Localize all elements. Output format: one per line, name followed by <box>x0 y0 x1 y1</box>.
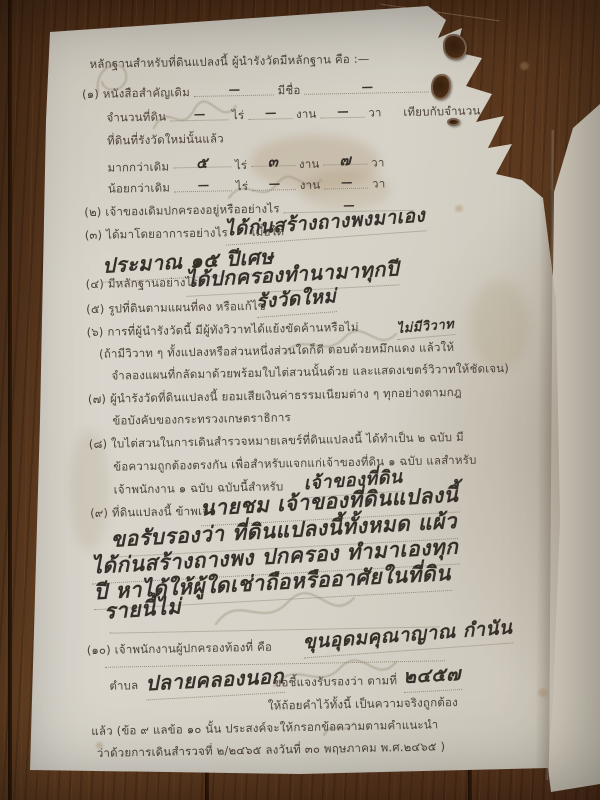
form-item-10-mid: ขอชี้แจงรับรองว่า ตามที่ <box>273 672 397 691</box>
unit-rai: ไร่ <box>235 158 248 172</box>
dotted-leader: — <box>194 82 274 97</box>
form-header: หลักฐานสำหรับที่ดินแปลงนี้ ผู้นำรังวัดมี… <box>89 51 369 73</box>
handwritten-statement-line5: รายนี้ไม่ <box>103 590 182 628</box>
handwritten-dash: — <box>324 103 360 120</box>
form-item-1-line4: มากกว่าเดิม ๕ ไร่ ๓ งาน ๗ วา <box>107 151 384 176</box>
form-item-8-line2: ข้อความถูกต้องตรงกัน เพื่อสำหรับแจกแก่เจ… <box>113 452 477 476</box>
form-item-6: (๖) การที่ผู้นำรังวัดนี้ มีผู้ทังวิวาทได… <box>87 319 359 341</box>
handwritten-rai: ๕ <box>184 152 220 174</box>
handwritten-answer-6: ไม่มีวิวาท <box>396 313 455 340</box>
unit-ngan: งาน <box>300 178 321 192</box>
closing-line3: ว่าด้วยการเดินสำรวจที่ ๒/๒๔๖๕ ลงวันที่ ๓… <box>97 738 446 761</box>
dotted-leader: ๓ <box>251 153 295 167</box>
form-item-1-line3: ที่ดินที่รังวัดใหม่นั้นแล้ว <box>107 130 224 149</box>
handwritten-answer-5: รังวัดใหม่ <box>255 281 337 318</box>
dotted-leader: — <box>304 79 429 94</box>
form-item-5: (๕) รูปที่ดินตามแผนที่คง หรือแก้ไข <box>86 298 266 318</box>
handwritten-dash: — <box>328 174 364 191</box>
form-item-10-label: (๑๐) เจ้าพนักงานผู้ปกครองท้องที่ คือ <box>87 639 273 659</box>
form-item-1-line5: น้อยกว่าเดิม — ไร่ — งาน — วา <box>108 175 386 197</box>
form-item-1-line2: จำนวนที่ดิน — ไร่ — งาน — วา เทียบกับจำน… <box>106 102 480 126</box>
item6-label: (๖) การที่ผู้นำรังวัดนี้ มีผู้ทังวิวาทได… <box>87 320 359 339</box>
dotted-leader: — <box>170 107 228 121</box>
less-label: น้อยกว่าเดิม <box>108 180 170 195</box>
form-item-6-note1: (ถ้ามีวิวาท ๆ ทั้งแปลงหรือส่วนหนึ่งส่วนใ… <box>99 339 454 362</box>
unit-wa: วา <box>372 176 386 190</box>
dotted-leader: — <box>252 177 296 191</box>
qty-tail: เทียบกับจำนวน <box>403 103 480 118</box>
more-label: มากกว่าเดิม <box>107 159 169 174</box>
handwritten-official-name: ขุนอุดมคุณาญาณ กำนัน <box>302 613 514 659</box>
handwritten-dash: — <box>256 175 292 192</box>
dotted-leader: — <box>320 105 364 119</box>
item3-label: (๓) ได้มาโดยอาการอย่างไร <box>85 225 228 242</box>
unit-rai: ไร่ <box>236 179 249 193</box>
unit-wa: วา <box>368 105 382 119</box>
form-item-7-line2: ข้อบังคับของกระทรวงเกษตราธิการ <box>112 409 291 429</box>
handwritten-dash: — <box>349 78 385 95</box>
unit-wa: วา <box>371 155 385 169</box>
form-item-8-line1: (๘) ใบไต่สวนในการเดินสำรวจหมายเลขร์ที่ดิ… <box>89 429 464 453</box>
qty-label: จำนวนที่ดิน <box>106 110 166 125</box>
form-item-7-line1: (๗) ผู้นำรังวัดที่ดินแปลงนี้ ยอมเสียเงิน… <box>88 384 462 408</box>
closing-line2: แล้ว (ข้อ ๙ แลข้อ ๑๐ นั้น ประสงค์จะให้กร… <box>91 716 438 739</box>
dotted-leader: — <box>248 106 292 120</box>
form-item-6-note2: จำลองแผนที่กลัดมาด้วยพร้อมใบไต่สวนนั้นด้… <box>111 360 509 384</box>
closing-line1: ให้ถ้อยคำไว้ทั้งนี้ เป็นความจริงถูกต้อง <box>268 694 458 714</box>
document-content: หลักฐานสำหรับที่ดินแปลงนี้ ผู้นำรังวัดมี… <box>0 0 600 800</box>
dotted-leader: ๕ <box>173 154 231 168</box>
handwritten-dash: — <box>216 81 252 98</box>
unit-rai: ไร่ <box>232 108 245 122</box>
unit-ngan: งาน <box>299 157 320 171</box>
handwritten-wa: ๗ <box>327 150 363 172</box>
form-item-10-tambon-label: ตำบล <box>109 677 138 694</box>
handwritten-ngan: ๓ <box>255 151 291 173</box>
item1-mid: มีชื่อ <box>277 83 300 97</box>
dotted-leader: ๗ <box>323 152 367 166</box>
handwritten-dash: — <box>181 106 217 123</box>
form-item-1-line1: (๑) หนังสือสำคัญเดิม — มีชื่อ — <box>82 79 430 102</box>
dotted-leader: — <box>324 176 368 190</box>
handwritten-year: ๒๔๕๗ <box>403 659 462 693</box>
unit-ngan: งาน <box>296 107 317 121</box>
handwritten-dash: — <box>185 176 221 193</box>
dotted-leader: — <box>174 178 232 192</box>
photo-of-survey-document: { "document": { "header": "หลักฐานสำหรับ… <box>0 0 600 800</box>
handwritten-tambon: ปลายคลองนอก <box>145 660 285 700</box>
item1-label: (๑) หนังสือสำคัญเดิม <box>82 85 190 101</box>
form-item-4: (๔) มีหลักฐานอย่างไร <box>86 274 199 293</box>
handwritten-dash: — <box>252 104 288 121</box>
